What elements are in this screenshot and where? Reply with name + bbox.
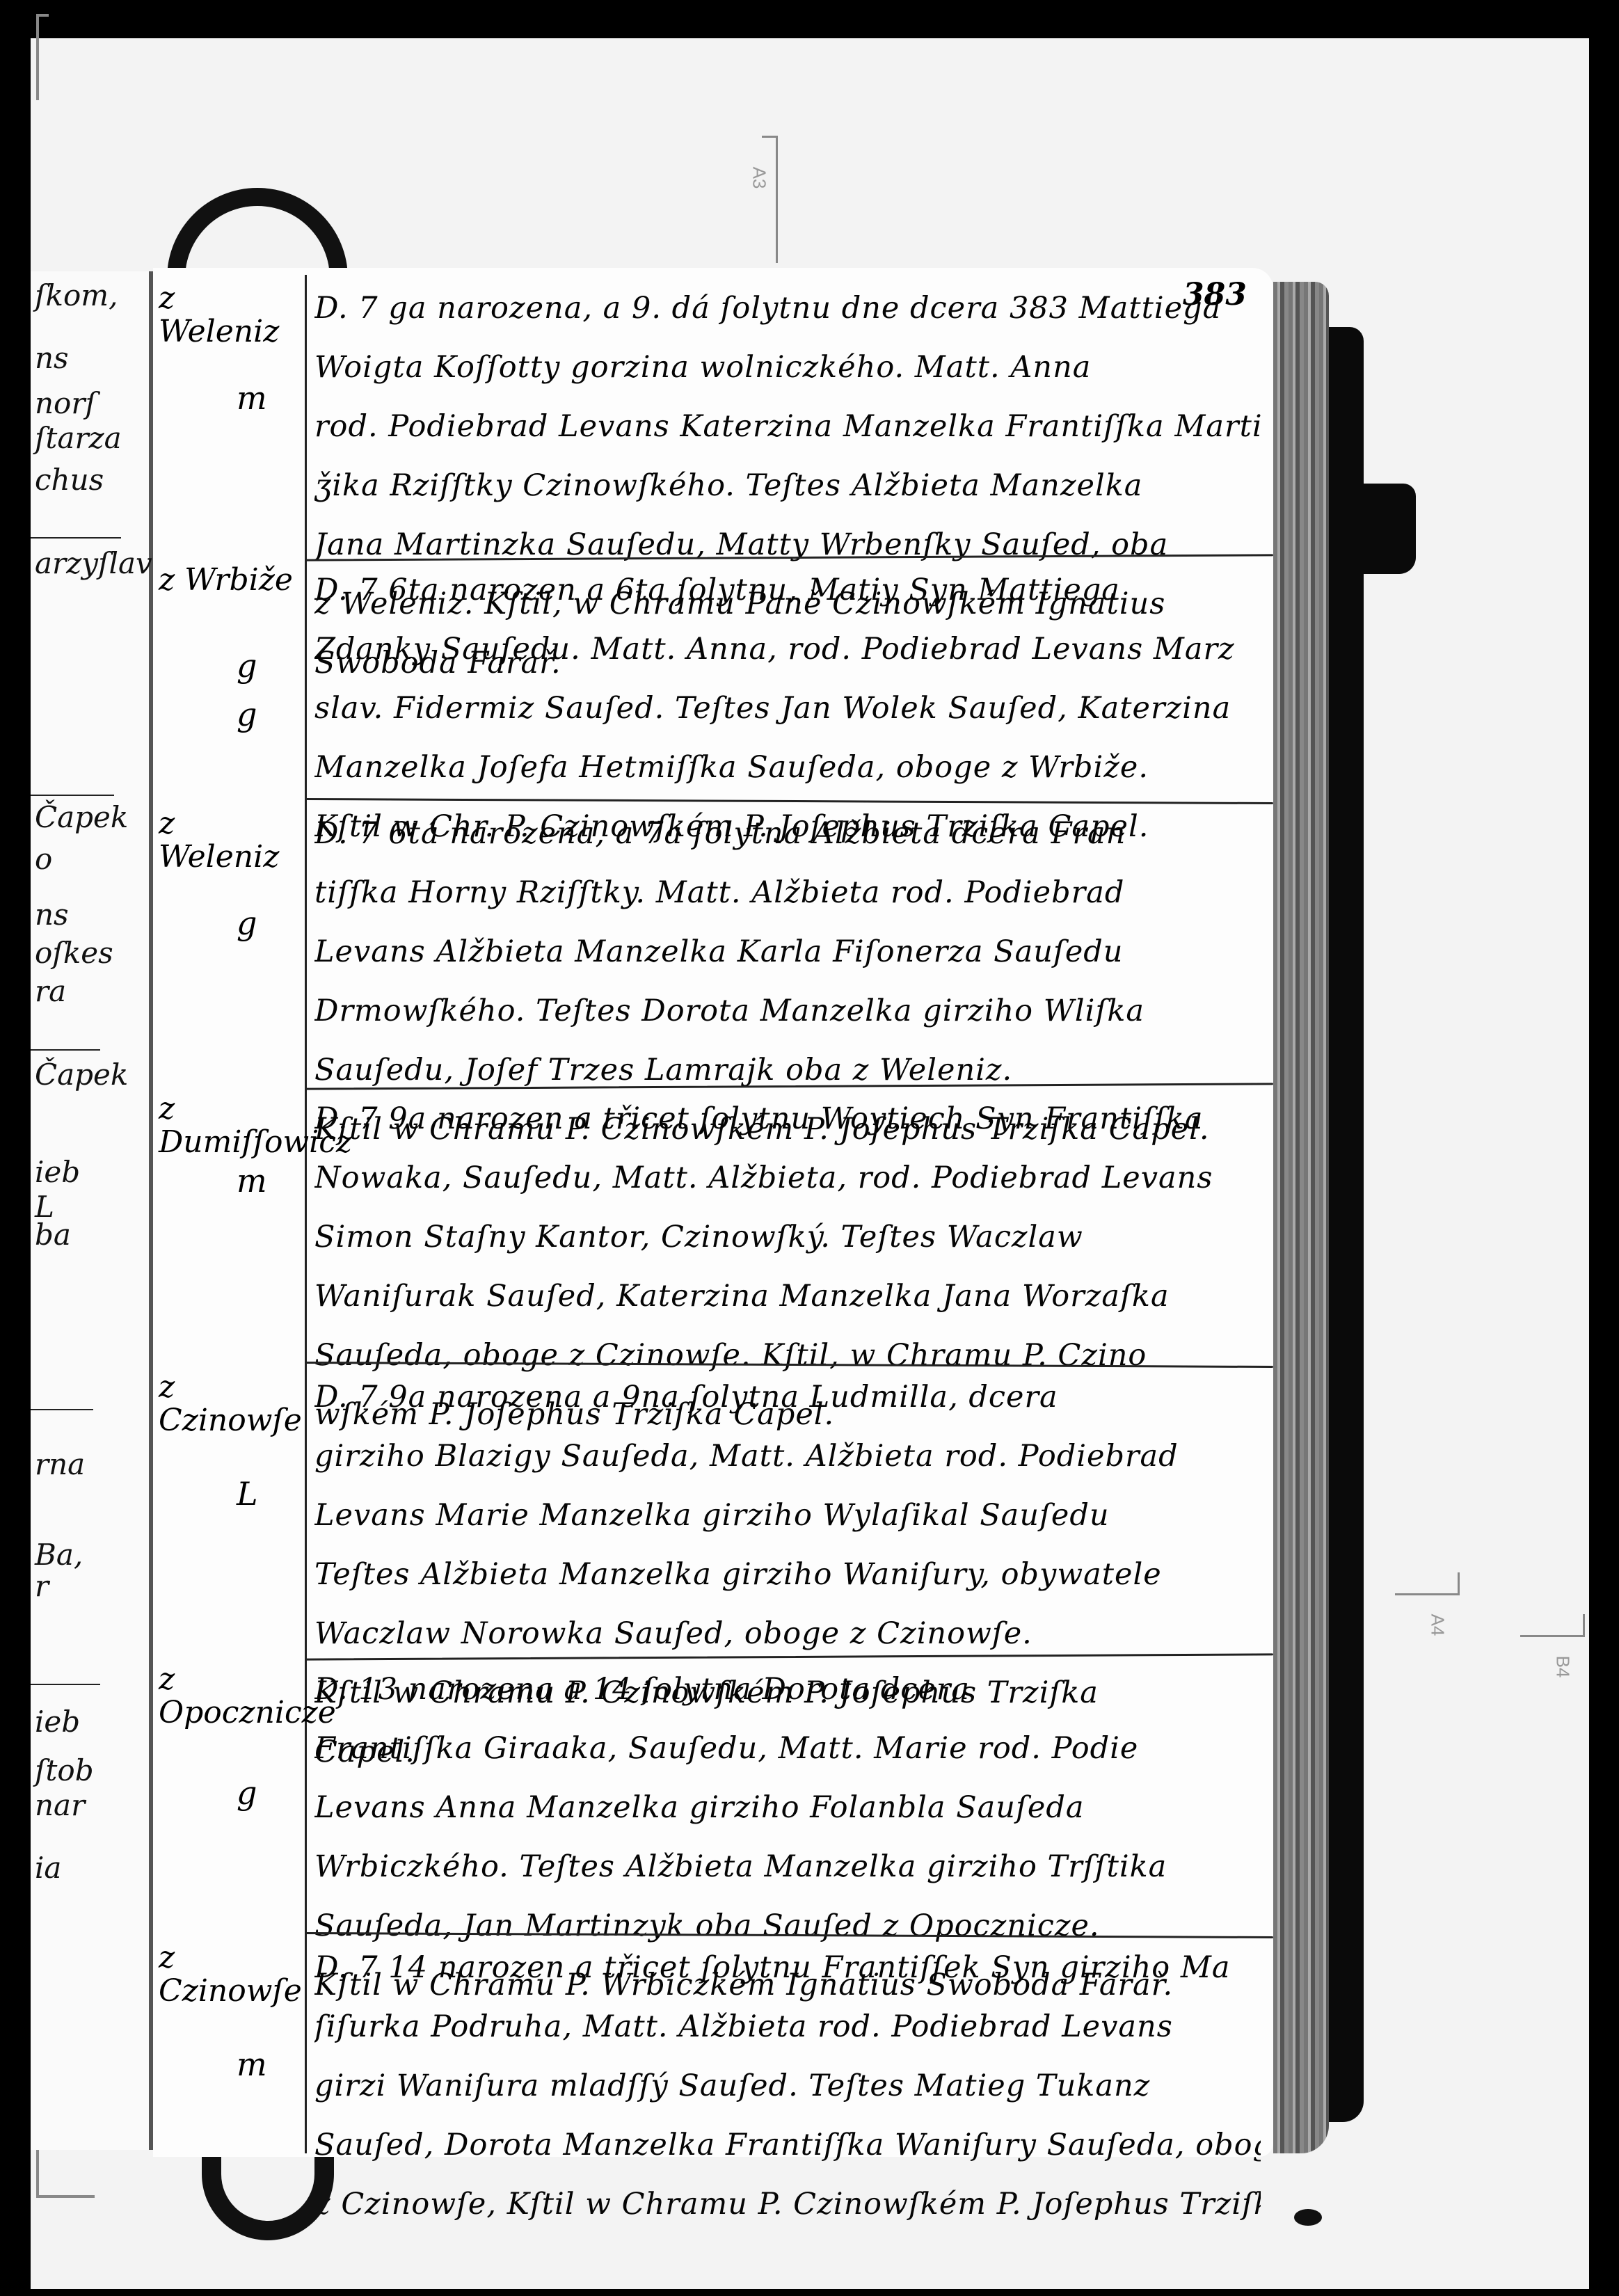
- entry-sex-mark: g: [237, 904, 257, 942]
- register-entry: z WelenizmD. 7 ga narozena, a 9. dá ſoly…: [153, 275, 1273, 557]
- register-entry: z WrbižeggD. 7 6ta narozen a 6ta ſolytnu…: [153, 557, 1273, 800]
- entry-sex-mark: L: [237, 1475, 258, 1513]
- entry-line: Drmowſkého. Teſtes Dorota Manzelka girzi…: [314, 982, 1261, 1041]
- entry-line: Frantiſſka Giraaka, Sauſedu, Matt. Marie…: [314, 1719, 1261, 1778]
- entry-line: rod. Podiebrad Levans Katerzina Manzelka…: [314, 397, 1261, 456]
- entry-line: Simon Staſny Kantor, Czinowſký. Teſtes W…: [314, 1208, 1261, 1267]
- entry-locality: z Weleniz: [159, 282, 301, 349]
- entry-line: Levans Marie Manzelka girziho Wylaſikal …: [314, 1486, 1261, 1545]
- register-entry: z OpoczniczegD. 13 narozena a 14 ſolytna…: [153, 1656, 1273, 1934]
- entry-line: ǯika Rziſſtky Czinowſkého. Teſtes Alžbie…: [314, 456, 1261, 516]
- crop-mark-top-left: [36, 14, 49, 100]
- left-page-fragment: ba: [35, 1218, 71, 1252]
- left-page-rule: [31, 1409, 93, 1410]
- left-page-fragment: ns: [35, 898, 69, 932]
- entry-line: girziho Blazigy Sauſeda, Matt. Alžbieta …: [314, 1427, 1261, 1486]
- entry-line: Woigta Koſſotty gorzina wolniczkého. Mat…: [314, 338, 1261, 397]
- entry-sex-mark: g: [237, 696, 257, 733]
- left-page-fragment: ſtarza: [35, 421, 122, 455]
- entry-line: Manzelka Joſefa Hetmiſſka Sauſeda, oboge…: [314, 738, 1261, 797]
- entry-line: z Czinowſe, Kſtil w Chramu P. Czinowſkém…: [314, 2175, 1261, 2234]
- entry-locality: z Opocznicze: [159, 1663, 301, 1730]
- left-page-fragment: o: [35, 842, 52, 876]
- entry-locality: z Dumiſſowicz: [159, 1092, 301, 1160]
- book-page-edges: [1273, 282, 1329, 2153]
- entry-sex-mark: g: [237, 1774, 257, 1812]
- left-page-rule: [31, 795, 114, 796]
- entry-line: Sauſed, Dorota Manzelka Frantiſſka Waniſ…: [314, 2116, 1261, 2175]
- entry-line: girzi Waniſura mladſſý Sauſed. Teſtes Ma…: [314, 2057, 1261, 2116]
- entry-locality: z Czinowſe: [159, 1371, 301, 1438]
- entry-sex-mark: g: [237, 647, 257, 685]
- left-page-rule: [31, 1049, 100, 1051]
- entry-line: Levans Anna Manzelka girziho Folanbla Sa…: [314, 1778, 1261, 1837]
- entry-line: Teſtes Alžbieta Manzelka girziho Waniſur…: [314, 1545, 1261, 1604]
- entry-line: Waniſurak Sauſed, Katerzina Manzelka Jan…: [314, 1267, 1261, 1326]
- book-tab: [1353, 484, 1416, 574]
- left-page-fragment: r: [35, 1569, 49, 1603]
- entry-line: Wrbiczkého. Teſtes Alžbieta Manzelka gir…: [314, 1837, 1261, 1897]
- entry-sex-mark: m: [237, 379, 267, 417]
- entry-line: tiſſka Horny Rziſſtky. Matt. Alžbieta ro…: [314, 863, 1261, 923]
- register-entry: z DumiſſowiczmD. 7 9a narozen a třicet ſ…: [153, 1085, 1273, 1364]
- register-entry: z CzinowſeLD. 7 9a narozena a 9na ſolytn…: [153, 1364, 1273, 1656]
- crop-label-a4: A4: [1426, 1614, 1448, 1636]
- entry-line: D. 7 6ta narozen a 6ta ſolytnu, Matiy Sy…: [314, 561, 1261, 620]
- left-page-fragment: ia: [35, 1851, 61, 1885]
- entry-locality: z Weleniz: [159, 807, 301, 875]
- entry-line: slav. Fidermiz Sauſed. Teſtes Jan Wolek …: [314, 679, 1261, 738]
- crop-mark-a4: [1395, 1572, 1460, 1595]
- crop-label-b4: B4: [1552, 1656, 1573, 1678]
- entry-line: Nowaka, Sauſedu, Matt. Alžbieta, rod. Po…: [314, 1149, 1261, 1208]
- left-page-fragment: arzyſlava: [35, 546, 170, 580]
- crop-mark-b4: [1520, 1614, 1585, 1637]
- crop-mark-bottom-left: [36, 2150, 95, 2198]
- ink-blot: [1294, 2209, 1322, 2226]
- left-page-fragment: chus: [35, 463, 104, 497]
- left-page-fragment: ſtob: [35, 1753, 94, 1787]
- entry-line: D. 7 9a narozen a třicet ſolytnu Woytiec…: [314, 1090, 1261, 1149]
- entry-line: Levans Alžbieta Manzelka Karla Fiſonerza…: [314, 923, 1261, 982]
- entry-line: Zdanky Sauſedu. Matt. Anna, rod. Podiebr…: [314, 620, 1261, 679]
- entry-sex-mark: m: [237, 2046, 267, 2083]
- entry-locality: z Wrbiže: [159, 564, 301, 597]
- entry-text: D. 7 14 narozen a třicet ſolytnu Frantiſ…: [314, 1938, 1261, 2234]
- left-page-rule: [31, 537, 121, 539]
- left-page-fragment: ieb: [35, 1705, 80, 1739]
- left-page-fragment: ieb: [35, 1155, 80, 1189]
- entry-sex-mark: m: [237, 1162, 267, 1199]
- entry-line: D. 7 6tá narozena, a 7a ſolytna Alžbieta…: [314, 804, 1261, 863]
- left-page-fragment: ns: [35, 341, 69, 375]
- register-entry: z WelenizgD. 7 6tá narozena, a 7a ſolytn…: [153, 800, 1273, 1085]
- entry-line: D. 7 ga narozena, a 9. dá ſolytnu dne dc…: [314, 279, 1261, 338]
- entry-line: ſiſurka Podruha, Matt. Alžbieta rod. Pod…: [314, 1998, 1261, 2057]
- entry-locality: z Czinowſe: [159, 1941, 301, 2009]
- left-page-fragment: Ba,: [35, 1538, 83, 1572]
- left-page-fragment: rna: [35, 1447, 85, 1481]
- left-page-fragment: Čapek: [35, 1058, 128, 1092]
- left-page-rule: [31, 1684, 100, 1685]
- left-page-fragment: norſ: [35, 386, 96, 420]
- crop-mark-a3: [762, 136, 778, 263]
- left-page-fragment: ſkom,: [35, 278, 118, 312]
- crop-label-a3: A3: [748, 167, 769, 189]
- entry-line: D. 7 9a narozena a 9na ſolytna Ludmilla,…: [314, 1368, 1261, 1427]
- entry-line: D. 7 14 narozen a třicet ſolytnu Frantiſ…: [314, 1938, 1261, 1998]
- register-entry: z CzinowſemD. 7 14 narozen a třicet ſoly…: [153, 1934, 1273, 2157]
- left-page-fragment: nar: [35, 1788, 85, 1822]
- entry-line: D. 13 narozena a 14 ſolytna Dorota dcera: [314, 1660, 1261, 1719]
- left-page-fragment: Čapek: [35, 800, 128, 834]
- left-page-fragment: oſkes: [35, 936, 113, 970]
- left-page-fragment: ra: [35, 974, 66, 1008]
